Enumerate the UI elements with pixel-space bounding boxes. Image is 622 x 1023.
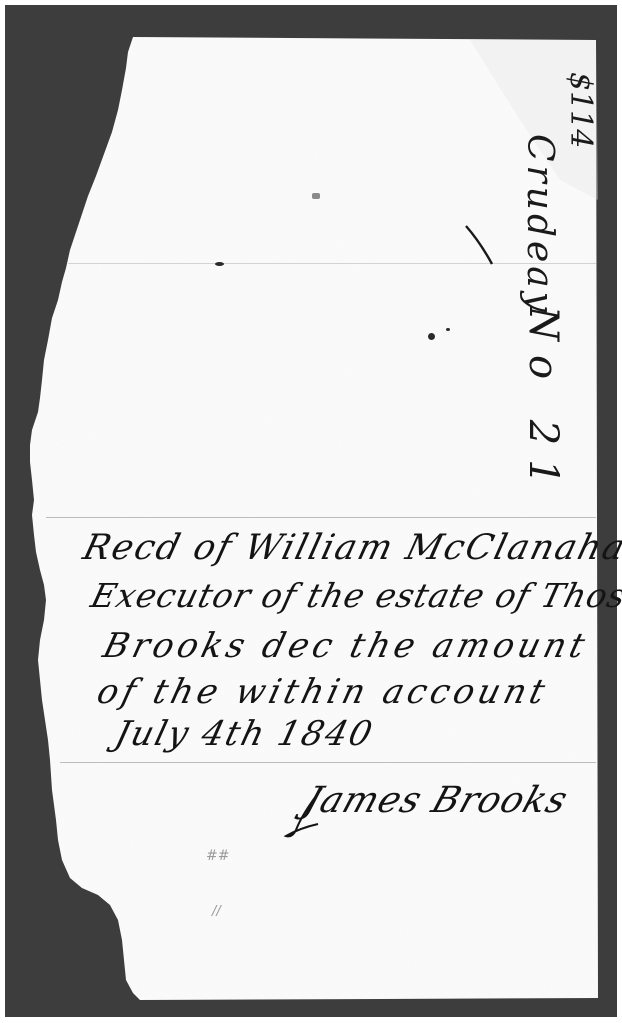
ink-speck: [215, 262, 224, 266]
receipt-line-1: Recd of William McClanahan: [79, 528, 622, 568]
ink-speck: [446, 328, 450, 331]
ink-speck: [428, 333, 435, 340]
faint-mark-2: //: [212, 904, 221, 919]
ink-speck: [312, 193, 320, 199]
receipt-line-2: Executor of the estate of Thos: [87, 576, 622, 615]
signature-flourish: [282, 784, 342, 844]
docket-name: Crudeay: [519, 134, 560, 316]
docket-number: No 21: [520, 306, 566, 499]
fold-line-middle: [46, 517, 596, 518]
receipt-date: July 4th 1840: [111, 714, 378, 754]
fold-line-top: [68, 263, 596, 264]
faint-mark-1: ##: [206, 848, 229, 864]
receipt-line-3: Brooks dec the amount: [99, 626, 593, 666]
receipt-line-4: of the within account: [93, 672, 553, 712]
fold-line-bottom: [60, 762, 596, 763]
docket-flourish: [462, 220, 502, 270]
docket-amount: $114: [563, 72, 598, 148]
